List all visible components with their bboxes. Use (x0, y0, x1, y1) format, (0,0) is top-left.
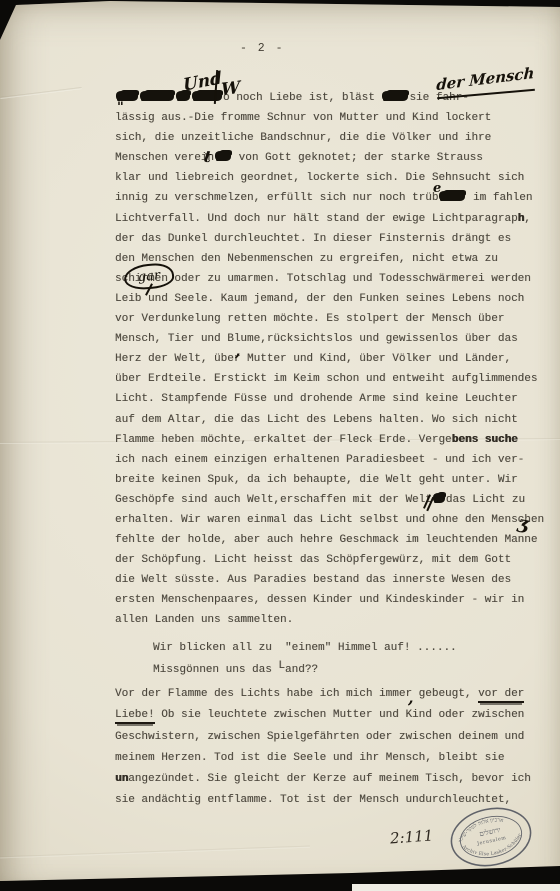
typescript-line: Missgönnen uns das Land?? (153, 659, 457, 681)
typescript-line: sie andächtig entflamme. Tot ist der Men… (115, 790, 531, 811)
svg-text:ארכיון אלזה לסקר-שילר: ארכיון אלזה לסקר-שילר (454, 814, 508, 845)
typescript-line: Flamme heben möchte, erkaltet der Fleck … (115, 430, 544, 450)
scanner-bed-edge (352, 884, 560, 891)
typescript-line: Geschöpfe sind auch Welt,erschaffen mit … (115, 490, 544, 510)
stamp-city-latin: Jerusalem (476, 835, 507, 847)
typescript-line: o noch Liebe ist, bläst sie fahr- (115, 88, 544, 108)
stamp-latin-arc: Archiv Else Lasker-Schüler (459, 831, 526, 863)
typescript-line: ich nach einem einzigen erhaltenen Parad… (115, 450, 544, 470)
typescript-line: den Menschen den Nebenmenschen zu ergrei… (115, 249, 544, 269)
typescript-line: breite keinen Spuk, da ich behaupte, die… (115, 470, 544, 490)
typescript-line: Leib und Seele. Kaum jemand, der den Fun… (115, 289, 544, 309)
typescript-line: Geschwistern, zwischen Spielgefährten od… (115, 727, 531, 748)
typescript-line: Lichtverfall. Und doch nur hält stand de… (115, 209, 544, 229)
paragraph-closing: Vor der Flamme des Lichts habe ich mich … (115, 684, 531, 812)
typescript-line: auf dem Altar, die das Licht des Lebens … (115, 410, 544, 430)
typescript-line: lässig aus.-Die fromme Schnur von Mutter… (115, 108, 544, 128)
typescript-line: fehlte der holde, aber auch hehre Geschm… (115, 530, 544, 550)
typescript-line: Vor der Flamme des Lichts habe ich mich … (115, 684, 531, 705)
typescript-line: Wir blicken all zu "einem" Himmel auf! .… (153, 637, 457, 659)
typescript-line: Licht. Stampfende Füsse und drohende Arm… (115, 389, 544, 409)
paper-crease (0, 87, 82, 99)
typescript-line: Menschen verein von Gott geknotet; der s… (115, 148, 544, 168)
svg-text:Archiv Else Lasker-Schüler: Archiv Else Lasker-Schüler (459, 831, 526, 863)
typescript-line: die Welt süsste. Aus Paradies bestand da… (115, 570, 544, 590)
typescript-line: Liebe! Ob sie leuchtete zwischen Mutter … (115, 705, 531, 726)
manuscript-page: - 2 - o noch Liebe ist, bläst sie fahr-l… (0, 0, 560, 891)
typescript-line: meinem Herzen. Tod ist die Seele und ihr… (115, 748, 531, 769)
handwritten-catalog-number: 2:111 (389, 827, 433, 848)
typescript-line: über Erdteile. Erstickt im Keim schon un… (115, 369, 544, 389)
typescript-line: schirmen oder zu umarmen. Totschlag und … (115, 269, 544, 289)
typescript-line: innig zu verschmelzen, erfüllt sich nur … (115, 188, 544, 208)
typescript-line: Mensch, Tier und Blume,rücksichtslos und… (115, 329, 544, 349)
typescript-line: unangezündet. Sie gleicht der Kerze auf … (115, 769, 531, 790)
typescript-line: sich, die unzeitliche Bandschnur, die di… (115, 128, 544, 148)
typescript-line: allen Landen uns sammelten. (115, 610, 544, 630)
typescript-line: Herz der Welt, über Mutter und Kind, übe… (115, 349, 544, 369)
typescript-line: der das Dunkel durchleuchtet. In dieser … (115, 229, 544, 249)
typescript-line: klar und liebreich geordnet, lockerte si… (115, 168, 544, 188)
paper-crease (0, 846, 310, 859)
typescript-line: vor Verdunkelung retten möchte. Es stolp… (115, 309, 544, 329)
stamp-hebrew-arc: ארכיון אלזה לסקר-שילר (454, 814, 508, 845)
paragraph-indented-couplet: Wir blicken all zu "einem" Himmel auf! .… (153, 637, 457, 681)
typescript-line: ersten Menschenpaares, dessen Kinder und… (115, 590, 544, 610)
page-number: - 2 - (240, 42, 285, 55)
stamp-hebrew-city: ירושלים (479, 826, 502, 838)
typescript-line: erhalten. Wir waren einmal das Licht sel… (115, 510, 544, 530)
paragraph-main: o noch Liebe ist, bläst sie fahr-lässig … (115, 88, 544, 631)
typescript-line: der Schöpfung. Licht heisst das Schöpfer… (115, 550, 544, 570)
